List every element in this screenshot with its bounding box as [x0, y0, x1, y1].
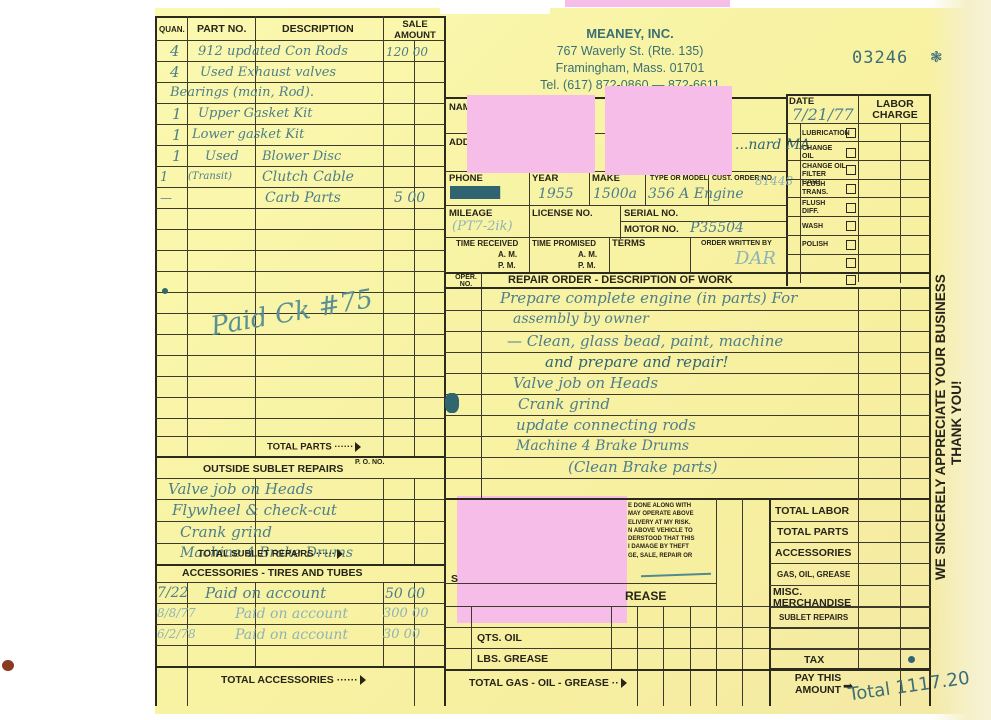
- sublet-summary-label: SUBLET REPAIRS: [779, 614, 848, 622]
- col-quan: QUAN.: [159, 26, 185, 34]
- ink-dot: [908, 656, 915, 663]
- redacted-signature: [457, 496, 627, 623]
- part-row-8-quan: —: [160, 192, 172, 204]
- order-number: 03246: [852, 48, 908, 68]
- time-promised-label: TIME PROMISED: [532, 240, 596, 248]
- sublet-row-3: Crank grind: [180, 525, 272, 540]
- part-row-7-quan: 1: [160, 171, 168, 184]
- service-change-oil: CHANGE OIL: [802, 145, 844, 161]
- part-row-6-quan: 1: [172, 149, 182, 164]
- order-written-value: DAR: [735, 250, 776, 268]
- part-row-6-partno: Used: [205, 150, 239, 163]
- part-row-1-amount: 120 00: [386, 46, 428, 58]
- part-row-2-quan: 4: [170, 65, 180, 80]
- year-value: 1955: [538, 187, 574, 201]
- phone-value-scribbled: █████: [450, 186, 520, 199]
- ink-blot: [445, 393, 459, 413]
- time-received-label: TIME RECEIVED: [456, 240, 518, 248]
- phone-label: PHONE: [449, 174, 483, 184]
- date-value: 7/21/77: [792, 107, 854, 123]
- part-row-1-partno: 912 updated Con Rods: [198, 45, 348, 58]
- service-flush-diff: FLUSH DIFF.: [802, 200, 832, 216]
- work-line-4: and prepare and repair!: [545, 355, 729, 370]
- part-row-8-amount: 5 00: [394, 191, 425, 205]
- arrow-right-icon: [355, 442, 361, 452]
- redacted-address: [605, 86, 732, 175]
- flower-icon: ❃: [930, 48, 943, 66]
- accessories-summary-label: ACCESSORIES: [775, 548, 851, 559]
- part-row-7-partno: (Transit): [188, 172, 232, 182]
- terms-label: TERMS: [612, 239, 645, 249]
- pay-this-amount-label: PAY THIS AMOUNT: [790, 672, 846, 696]
- oil-filter-checkbox[interactable]: [846, 165, 856, 175]
- col-part-no: PART NO.: [197, 24, 246, 35]
- work-line-2: assembly by owner: [513, 312, 649, 326]
- col-description: DESCRIPTION: [282, 24, 354, 35]
- sublet-row-1: Valve job on Heads: [168, 482, 313, 497]
- work-line-7: update connecting rods: [516, 418, 696, 433]
- company-header: MEANEY, INC. 767 Waverly St. (Rte. 135) …: [490, 26, 770, 92]
- blank-service-checkbox-2[interactable]: [846, 275, 856, 285]
- acc-row-3-desc: Paid on account: [235, 628, 348, 642]
- qts-oil-label: QTS. OIL: [477, 633, 522, 644]
- total-labor-label: TOTAL LABOR: [775, 506, 849, 517]
- flush-trans-checkbox[interactable]: [846, 184, 856, 194]
- work-line-6: Crank grind: [518, 397, 610, 412]
- work-line-3: — Clean, glass bead, paint, machine: [507, 334, 783, 349]
- oper-no-label: OPER. NO.: [454, 274, 478, 288]
- flush-diff-checkbox[interactable]: [846, 203, 856, 213]
- thanks-footer: WE SINCERELY APPRECIATE YOUR BUSINESS TH…: [930, 210, 970, 580]
- make-label: MAKE: [592, 174, 620, 184]
- part-row-4-partno: Upper Gasket Kit: [198, 107, 312, 120]
- lubrication-checkbox[interactable]: [846, 128, 856, 138]
- lbs-grease-label: LBS. GREASE: [477, 654, 548, 665]
- acc-row-3-amount: 30 00: [383, 628, 420, 641]
- service-flush-trans: FLUSH TRANS.: [802, 181, 832, 197]
- make-value: 1500a: [593, 187, 637, 201]
- blank-service-checkbox-1[interactable]: [846, 258, 856, 268]
- total-accessories-label: TOTAL ACCESSORIES ······: [221, 675, 366, 686]
- authorization-text: E DONE ALONG WITH MAY OPERATE ABOVE ELIV…: [628, 502, 716, 560]
- part-row-2-partno: Used Exhaust valves: [200, 66, 336, 79]
- work-line-8: Machine 4 Brake Drums: [516, 439, 689, 453]
- tax-label: TAX: [804, 655, 824, 666]
- work-line-9: (Clean Brake parts): [568, 460, 718, 475]
- sublet-row-2: Flywheel & check-cut: [172, 503, 337, 518]
- total-parts-summary-label: TOTAL PARTS: [777, 527, 849, 538]
- accessories-header: ACCESSORIES - TIRES AND TUBES: [182, 568, 362, 579]
- ink-dot: [162, 288, 168, 294]
- part-row-5-partno: Lower gasket Kit: [192, 128, 304, 141]
- company-name: MEANEY, INC.: [490, 26, 770, 41]
- arrow-right-icon: [360, 675, 366, 685]
- sublet-header: OUTSIDE SUBLET REPAIRS: [203, 464, 343, 475]
- am-label: A. M.: [498, 251, 517, 259]
- torn-corner: [440, 0, 550, 14]
- misc-merchandise-label: MISC. MERCHANDISE: [773, 587, 861, 609]
- mileage-value: (PT7-2ik): [452, 220, 513, 233]
- acc-row-2-date: 8/8/77: [157, 607, 196, 619]
- company-address-2: Framingham, Mass. 01701: [490, 61, 770, 75]
- wash-checkbox[interactable]: [846, 221, 856, 231]
- labor-charge-header: LABOR CHARGE: [862, 99, 928, 121]
- order-written-label: ORDER WRITTEN BY: [701, 240, 772, 247]
- polish-checkbox[interactable]: [846, 240, 856, 250]
- part-row-5-quan: 1: [172, 128, 182, 143]
- po-label: P. O. NO.: [355, 459, 384, 466]
- pm-label-2: P. M.: [578, 262, 596, 270]
- motor-label: MOTOR NO.: [624, 225, 679, 235]
- total-parts-label: TOTAL PARTS ······: [267, 442, 361, 452]
- am-label-2: A. M.: [578, 251, 597, 259]
- part-row-7-desc: Clutch Cable: [262, 170, 354, 184]
- company-address-1: 767 Waverly St. (Rte. 135): [490, 44, 770, 58]
- year-label: YEAR: [532, 174, 558, 184]
- stain-mark: [2, 660, 14, 671]
- acc-row-3-date: 6/2/78: [157, 628, 196, 640]
- acc-row-2-desc: Paid on account: [235, 607, 348, 621]
- acc-row-1-date: 7/22: [157, 586, 188, 600]
- total-gas-oil-label: TOTAL GAS - OIL - GREASE ··: [469, 678, 627, 689]
- mileage-label: MILEAGE: [449, 209, 492, 219]
- change-oil-checkbox[interactable]: [846, 148, 856, 158]
- gas-oil-header-partial: REASE: [625, 590, 666, 602]
- cust-order-value: 81448: [755, 175, 793, 187]
- appreciate-text: WE SINCERELY APPRECIATE YOUR BUSINESS: [933, 210, 948, 580]
- motor-value: P35504: [690, 221, 744, 235]
- gas-oil-grease-summary-label: GAS, OIL, GREASE: [777, 571, 850, 579]
- acc-row-1-desc: Paid on account: [205, 586, 326, 601]
- service-lubrication: LUBRICATION: [802, 130, 850, 137]
- service-wash: WASH: [802, 223, 823, 230]
- arrow-right-icon: [621, 678, 627, 688]
- part-row-3-partno: Bearings (main, Rod).: [170, 86, 314, 99]
- redacted-name: [467, 95, 595, 173]
- acc-row-2-amount: 300 00: [383, 607, 429, 620]
- license-label: LICENSE NO.: [532, 209, 593, 219]
- service-polish: POLISH: [802, 241, 828, 248]
- part-row-6-desc: Blower Disc: [262, 150, 341, 163]
- work-line-1: Prepare complete engine (in parts) For: [500, 291, 797, 306]
- serial-label: SERIAL NO.: [624, 209, 678, 219]
- col-sale-amount: SALE AMOUNT: [389, 19, 441, 41]
- redacted-top: [565, 0, 730, 7]
- thank-you-text: THANK YOU!: [949, 380, 964, 465]
- type-model-label: TYPE OR MODEL: [650, 175, 708, 182]
- part-row-1-quan: 4: [170, 44, 180, 59]
- pm-label: P. M.: [498, 262, 516, 270]
- acc-row-1-amount: 50 00: [385, 587, 425, 601]
- type-value: 356 A Engine: [648, 187, 744, 201]
- total-sublet-label: TOTAL SUBLET REPAIRS ······: [198, 549, 343, 559]
- part-row-8-desc: Carb Parts: [265, 191, 341, 205]
- work-line-5: Valve job on Heads: [513, 376, 658, 391]
- arrow-right-icon: [337, 549, 343, 559]
- part-row-4-quan: 1: [172, 107, 182, 122]
- repair-order-header: REPAIR ORDER - DESCRIPTION OF WORK: [508, 275, 733, 286]
